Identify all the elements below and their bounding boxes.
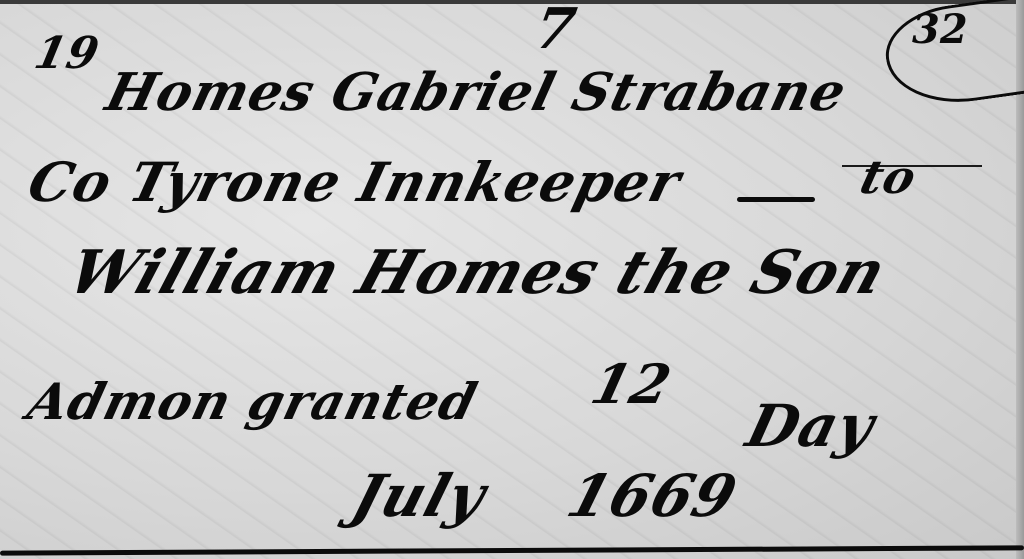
year: 1669 [560, 462, 745, 530]
line-county-occupation: Co Tyrone Innkeeper [22, 150, 688, 214]
month: July [345, 462, 494, 530]
word-to: to [855, 150, 922, 204]
bottom-rule-line [0, 545, 1024, 555]
line-beneficiary: William Homes the Son [60, 238, 895, 308]
line-name-place: Homes Gabriel Strabane [100, 62, 853, 123]
line-admon-granted: Admon granted [22, 372, 483, 431]
index-number-center: 7 [530, 0, 582, 62]
day-number: 12 [585, 352, 678, 416]
folio-number: 32 [912, 6, 968, 53]
circled-folio-number: 32 [886, 4, 1006, 74]
dash-stroke [737, 197, 815, 202]
document-card: 19 7 32 Homes Gabriel Strabane Co Tyrone… [0, 0, 1024, 559]
index-number-left: 19 [30, 28, 104, 79]
top-edge [0, 0, 1024, 4]
day-word: Day [740, 392, 882, 460]
